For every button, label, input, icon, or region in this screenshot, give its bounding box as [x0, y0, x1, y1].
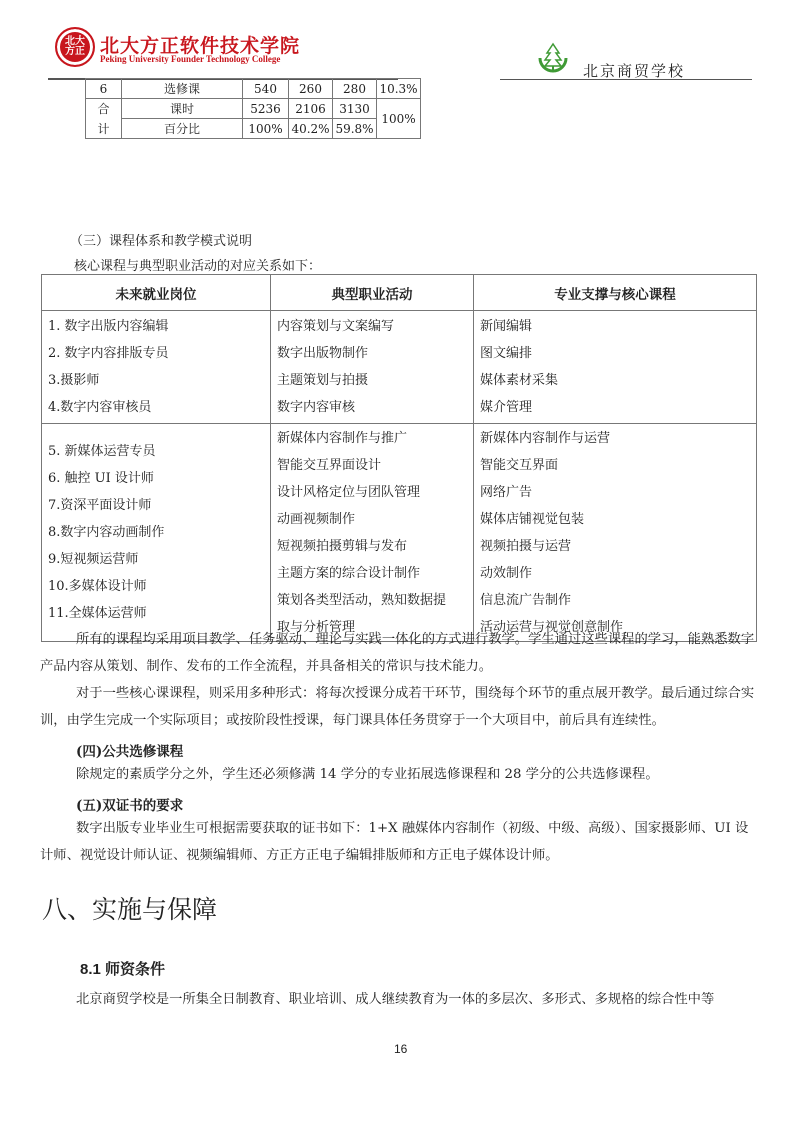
cell-theory: 2106: [289, 99, 333, 119]
column-header: 典型职业活动: [271, 275, 474, 311]
activity-item: 新媒体内容制作与推广: [277, 425, 473, 452]
logo-seal-text: 北大方正: [63, 37, 87, 57]
job-item: 4.数字内容审核员: [48, 394, 270, 421]
activity-item: 设计风格定位与团队管理: [277, 479, 473, 506]
job-item: 1. 数字出版内容编辑: [48, 313, 270, 340]
cell-name: 百分比: [122, 119, 243, 139]
section-heading-certificates: (五)双证书的要求: [76, 794, 183, 814]
paragraph-faculty: 北京商贸学校是一所集全日制教育、职业培训、成人继续教育为一体的多层次、多形式、多…: [40, 986, 760, 1013]
header-rule-right: [500, 79, 752, 80]
table-row: 5. 新媒体运营专员 6. 触控 UI 设计师 7.资深平面设计师 8.数字内容…: [42, 424, 757, 642]
course-item: 媒介管理: [480, 394, 756, 421]
section-heading: （三）课程体系和教学模式说明: [70, 230, 252, 249]
cell-practice: 3130: [333, 99, 377, 119]
course-item: 新闻编辑: [480, 313, 756, 340]
course-item: 动效制作: [480, 560, 756, 587]
courses-cell: 新媒体内容制作与运营 智能交互界面 网络广告 媒体店铺视觉包装 视频拍摄与运营 …: [474, 424, 757, 642]
activity-item: 智能交互界面设计: [277, 452, 473, 479]
chapter-title: 八、实施与保障: [42, 890, 217, 926]
job-item: 9.短视频运营师: [48, 546, 270, 573]
course-item: 新媒体内容制作与运营: [480, 425, 756, 452]
subsection-title: 8.1 师资条件: [80, 958, 165, 979]
cell-no: 6: [86, 79, 122, 99]
cell-total-label: 合: [86, 99, 122, 119]
course-item: 图文编排: [480, 340, 756, 367]
activities-cell: 内容策划与文案编写 数字出版物制作 主题策划与拍摄 数字内容审核: [271, 311, 474, 424]
jobs-cell: 5. 新媒体运营专员 6. 触控 UI 设计师 7.资深平面设计师 8.数字内容…: [42, 424, 271, 642]
job-item: 2. 数字内容排版专员: [48, 340, 270, 367]
job-item: 5. 新媒体运营专员: [48, 438, 270, 465]
course-hours-table: 6 选修课 540 260 280 10.3% 合 课时 5236 2106 3…: [85, 78, 421, 139]
table-header-row: 未来就业岗位 典型职业活动 专业支撑与核心课程: [42, 275, 757, 311]
course-item: 网络广告: [480, 479, 756, 506]
activity-item: 动画视频制作: [277, 506, 473, 533]
activities-cell: 新媒体内容制作与推广 智能交互界面设计 设计风格定位与团队管理 动画视频制作 短…: [271, 424, 474, 642]
cell-theory: 260: [289, 79, 333, 99]
job-item: 10.多媒体设计师: [48, 573, 270, 600]
activity-item: 主题方案的综合设计制作: [277, 560, 473, 587]
cell-total: 540: [243, 79, 289, 99]
paragraph-core-courses: 对于一些核心课课程，则采用多种形式：将每次授课分成若干环节，围绕每个环节的重点展…: [40, 680, 760, 734]
cell-theory: 40.2%: [289, 119, 333, 139]
paragraph-electives: 除规定的素质学分之外，学生还必须修满 14 学分的专业拓展选修课程和 28 学分…: [40, 761, 760, 788]
table-row: 计 百分比 100% 40.2% 59.8%: [86, 119, 421, 139]
cell-total: 5236: [243, 99, 289, 119]
intro-text: 核心课程与典型职业活动的对应关系如下：: [74, 255, 321, 274]
activity-item: 主题策划与拍摄: [277, 367, 473, 394]
pku-founder-logo: 北大方正: [55, 27, 95, 67]
job-item: 3.摄影师: [48, 367, 270, 394]
paragraph-teaching-method: 所有的课程均采用项目教学、任务驱动、理论与实践一体化的方式进行教学。学生通过这些…: [40, 626, 760, 680]
activity-item: 数字出版物制作: [277, 340, 473, 367]
course-item: 媒体店铺视觉包装: [480, 506, 756, 533]
college-name-en: Peking University Founder Technology Col…: [100, 54, 280, 64]
course-item: 媒体素材采集: [480, 367, 756, 394]
cell-name: 选修课: [122, 79, 243, 99]
cell-total: 100%: [243, 119, 289, 139]
table-row: 6 选修课 540 260 280 10.3%: [86, 79, 421, 99]
activity-item: 短视频拍摄剪辑与发布: [277, 533, 473, 560]
table-row: 合 课时 5236 2106 3130 100%: [86, 99, 421, 119]
tree-logo-icon: [536, 42, 570, 76]
cell-total-label: 计: [86, 119, 122, 139]
job-item: 7.资深平面设计师: [48, 492, 270, 519]
job-item: 6. 触控 UI 设计师: [48, 465, 270, 492]
activity-item: 策划各类型活动，熟知数据提: [277, 587, 473, 614]
column-header: 专业支撑与核心课程: [474, 275, 757, 311]
paragraph-certificates: 数字出版专业毕业生可根据需要获取的证书如下：1+X 融媒体内容制作（初级、中级、…: [40, 815, 760, 869]
job-course-mapping-table: 未来就业岗位 典型职业活动 专业支撑与核心课程 1. 数字出版内容编辑 2. 数…: [41, 274, 757, 642]
activity-item: 内容策划与文案编写: [277, 313, 473, 340]
page-number: 16: [394, 1042, 407, 1056]
cell-practice: 280: [333, 79, 377, 99]
section-heading-electives: (四)公共选修课程: [76, 740, 183, 760]
jobs-cell: 1. 数字出版内容编辑 2. 数字内容排版专员 3.摄影师 4.数字内容审核员: [42, 311, 271, 424]
column-header: 未来就业岗位: [42, 275, 271, 311]
job-item: 8.数字内容动画制作: [48, 519, 270, 546]
job-item: 11.全媒体运营师: [48, 600, 270, 627]
school-name: 北京商贸学校: [583, 60, 685, 81]
cell-practice: 59.8%: [333, 119, 377, 139]
table-row: 1. 数字出版内容编辑 2. 数字内容排版专员 3.摄影师 4.数字内容审核员 …: [42, 311, 757, 424]
activity-item: 数字内容审核: [277, 394, 473, 421]
course-item: 信息流广告制作: [480, 587, 756, 614]
cell-ratio: 100%: [377, 99, 421, 139]
course-item: 视频拍摄与运营: [480, 533, 756, 560]
cell-ratio: 10.3%: [377, 79, 421, 99]
cell-name: 课时: [122, 99, 243, 119]
courses-cell: 新闻编辑 图文编排 媒体素材采集 媒介管理: [474, 311, 757, 424]
course-item: 智能交互界面: [480, 452, 756, 479]
